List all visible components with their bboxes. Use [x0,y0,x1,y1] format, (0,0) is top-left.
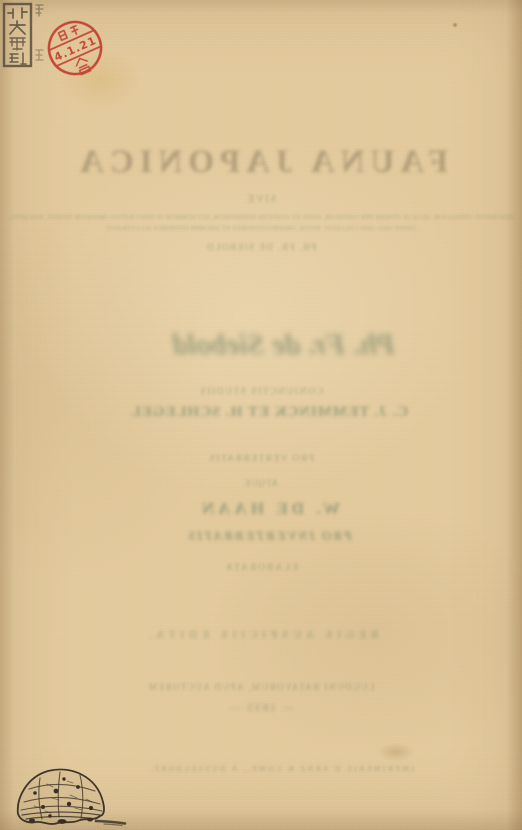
bleed-line: SIVE [0,195,522,205]
bleed-line: ATQUE [0,479,522,488]
bleed-line: LUGDUNI BATAVORUM, APUD AUCTOREM [0,683,522,692]
bleed-line: PRO VERTEBRATIS [0,455,522,465]
bleed-line: REGIS AUSPICIIS EDITA. [0,630,522,641]
bleedthrough-text-block: FAUNA JAPONICA SIVE DESCRIPTIO ANIMALIUM… [0,0,522,830]
bleed-line: — 1833 — [0,703,522,714]
bleed-line: W. DE HAAN [8,500,522,517]
bleed-line: ELABORATA [0,564,522,574]
bleed-line: DESCRIPTIO ANIMALIUM, QUAE IN ITINERE PE… [0,215,522,221]
turtle-ink-stamp [12,764,128,828]
bleed-line: PRO INVERTEBRATIS [8,529,522,542]
bleed-author-script: Ph. Fr. de Siebold [23,330,522,360]
bleed-title: FAUNA JAPONICA [0,146,522,179]
bleed-line: ANNIS 1823–1830 COLLEGIT, NOTIS, OBSERVA… [0,226,522,232]
bleed-line: C. J. TEMMINCK ET H. SCHLEGEL [8,405,522,420]
bleed-line: PH. FR. DE SIEBOLD [0,243,522,252]
paper-texture [0,0,522,830]
scanned-book-page: FAUNA JAPONICA SIVE DESCRIPTIO ANIMALIUM… [0,0,522,830]
red-date-stamp: 4.1.21 [37,10,114,87]
bleed-line: CONJUNCTIS STUDIIS [0,388,522,398]
